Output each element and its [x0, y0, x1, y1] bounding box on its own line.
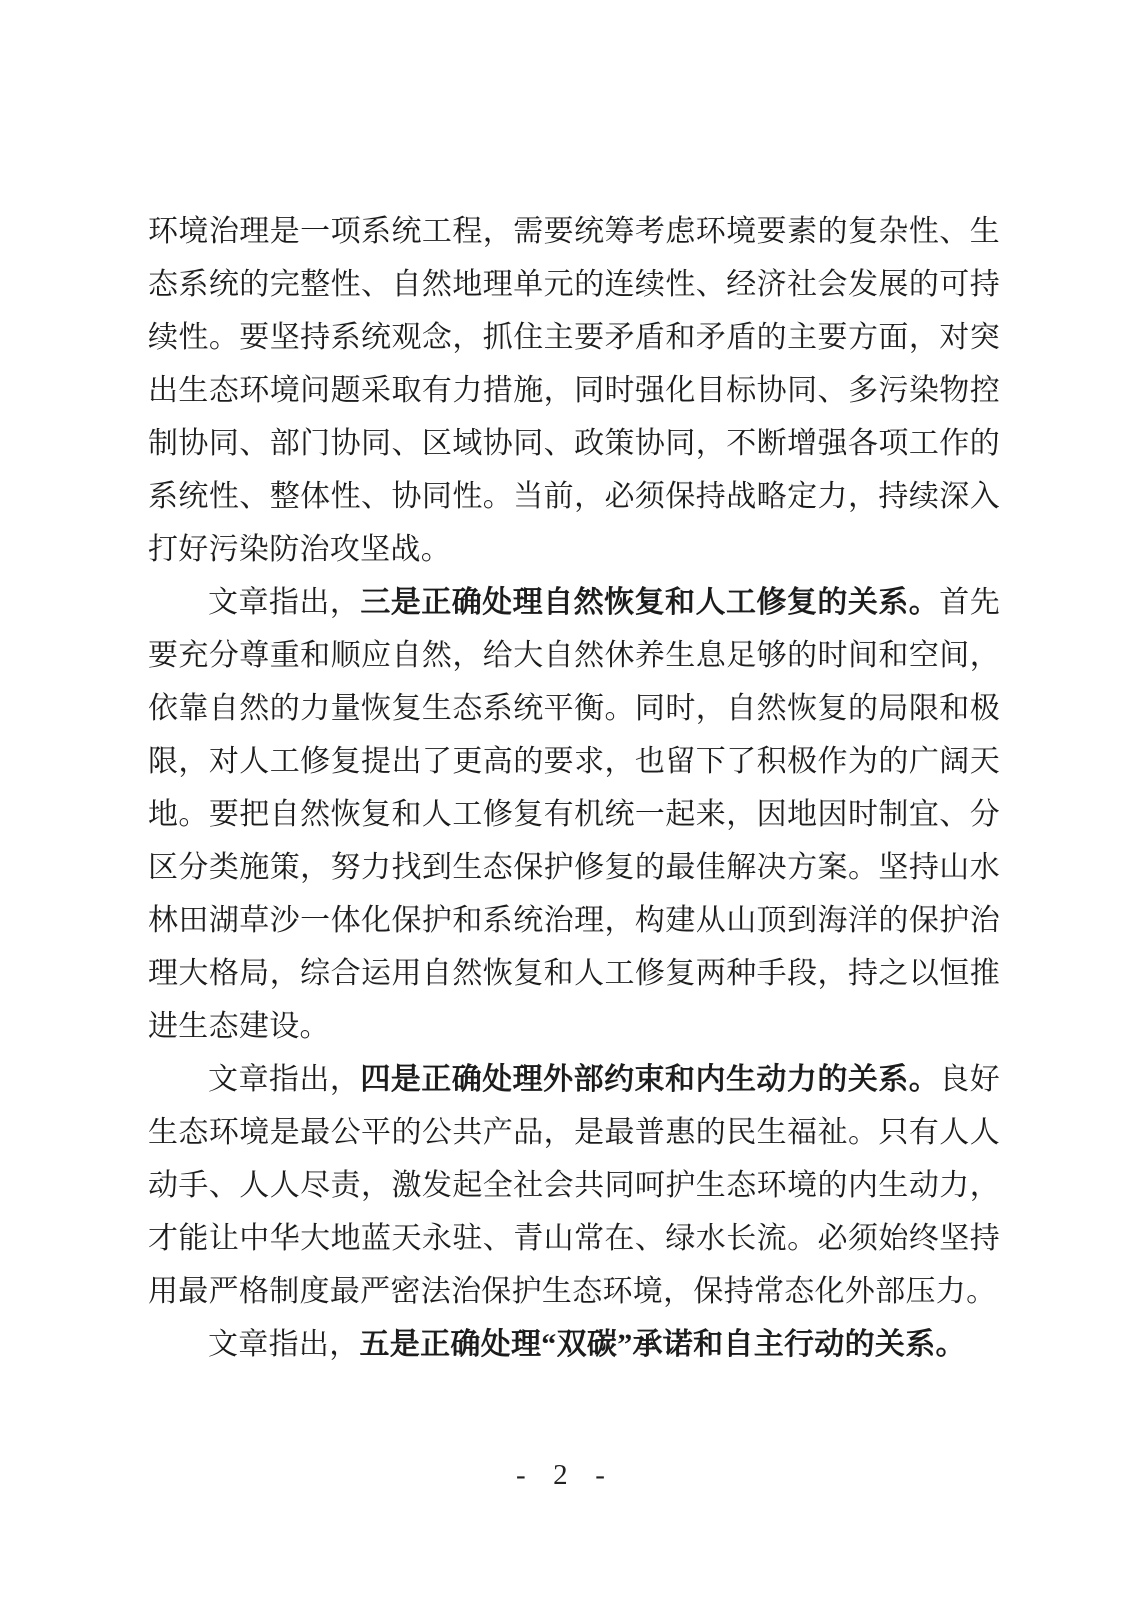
paragraph: 文章指出，四是正确处理外部约束和内生动力的关系。良好生态环境是最公平的公共产品，…	[148, 1053, 1000, 1318]
body-text: 文章指出，	[208, 1063, 360, 1096]
page-footer: - 2 -	[0, 1455, 1131, 1495]
page-number: - 2 -	[516, 1459, 615, 1491]
paragraph: 环境治理是一项系统工程，需要统筹考虑环境要素的复杂性、生态系统的完整性、自然地理…	[148, 205, 1000, 576]
paragraph: 文章指出，五是正确处理“双碳”承诺和自主行动的关系。	[148, 1318, 1000, 1371]
body-text: 良好生态环境是最公平的公共产品，是最普惠的民生福祉。只有人人动手、人人尽责，激发…	[148, 1063, 1000, 1308]
emphasis-text: 四是正确处理外部约束和内生动力的关系。	[360, 1063, 939, 1096]
emphasis-text: 三是正确处理自然恢复和人工修复的关系。	[360, 586, 939, 619]
emphasis-text: 五是正确处理“双碳”承诺和自主行动的关系。	[360, 1328, 966, 1361]
body-text: 文章指出，	[208, 586, 360, 619]
body-text: 首先要充分尊重和顺应自然，给大自然休养生息足够的时间和空间，依靠自然的力量恢复生…	[148, 586, 1000, 1043]
document-page: 环境治理是一项系统工程，需要统筹考虑环境要素的复杂性、生态系统的完整性、自然地理…	[0, 0, 1131, 1600]
paragraph: 文章指出，三是正确处理自然恢复和人工修复的关系。首先要充分尊重和顺应自然，给大自…	[148, 576, 1000, 1053]
body-text: 文章指出，	[208, 1328, 360, 1361]
body-text: 环境治理是一项系统工程，需要统筹考虑环境要素的复杂性、生态系统的完整性、自然地理…	[148, 215, 1000, 566]
document-body: 环境治理是一项系统工程，需要统筹考虑环境要素的复杂性、生态系统的完整性、自然地理…	[148, 205, 1000, 1371]
